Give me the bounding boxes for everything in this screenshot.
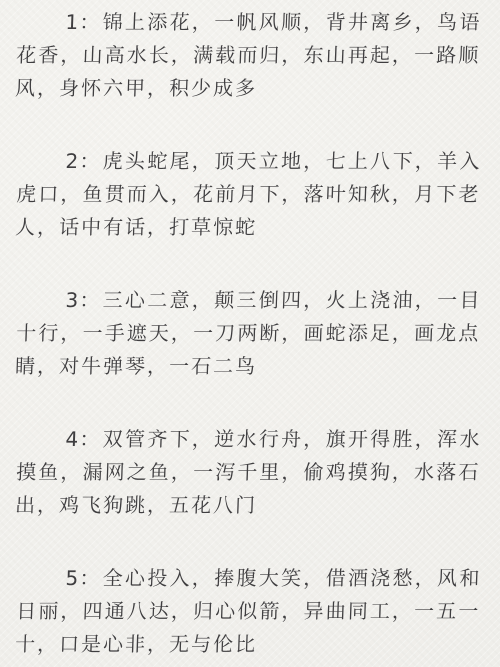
group-number: 2： [65, 149, 103, 173]
idiom: 一手遮天 [82, 321, 171, 345]
group-number: 5： [65, 566, 103, 590]
idiom: 一刀两断 [193, 321, 282, 345]
group-number: 3： [65, 288, 103, 312]
idiom: 身怀六甲 [59, 76, 148, 100]
idiom: 四通八达 [82, 599, 171, 623]
idiom: 落叶知秋 [303, 182, 392, 206]
idiom: 锦上添花 [102, 10, 192, 34]
idiom: 画蛇添足 [303, 321, 392, 345]
idiom-list: 1：锦上添花，一帆风顺，背井离乡，鸟语花香，山高水长，满载而归，东山再起，一路顺… [18, 6, 482, 661]
idiom: 漏网之鱼 [82, 460, 171, 484]
idiom: 口是心非 [59, 632, 148, 656]
idiom: 一泻千里 [193, 460, 282, 484]
idiom: 七上八下 [325, 149, 415, 173]
idiom: 借酒浇愁 [325, 566, 415, 590]
idiom: 双管齐下 [102, 427, 192, 451]
idiom: 五花八门 [169, 493, 258, 517]
idiom: 旗开得胜 [325, 427, 415, 451]
idiom: 鸡飞狗跳 [59, 493, 148, 517]
idiom: 满载而归 [193, 43, 282, 67]
idiom: 捧腹大笑 [214, 566, 304, 590]
idiom: 对牛弹琴 [59, 354, 148, 378]
idiom: 一石二鸟 [169, 354, 258, 378]
idiom: 顶天立地 [214, 149, 304, 173]
idiom: 归心似箭 [193, 599, 282, 623]
idiom: 颠三倒四 [214, 288, 304, 312]
idiom-group-paragraph: 4：双管齐下，逆水行舟，旗开得胜，浑水摸鱼，漏网之鱼，一泻千里，偷鸡摸狗，水落石… [15, 423, 482, 522]
idiom: 逆水行舟 [214, 427, 304, 451]
idiom: 虎头蛇尾 [102, 149, 192, 173]
idiom-group-paragraph: 1：锦上添花，一帆风顺，背井离乡，鸟语花香，山高水长，满载而归，东山再起，一路顺… [15, 6, 482, 105]
idiom: 全心投入 [102, 566, 192, 590]
idiom: 话中有话 [59, 215, 148, 239]
idiom: 山高水长 [82, 43, 171, 67]
idiom: 鱼贯而入 [82, 182, 171, 206]
idiom: 火上浇油 [325, 288, 415, 312]
paper-page: 1：锦上添花，一帆风顺，背井离乡，鸟语花香，山高水长，满载而归，东山再起，一路顺… [0, 0, 500, 667]
idiom-group-paragraph: 3：三心二意，颠三倒四，火上浇油，一目十行，一手遮天，一刀两断，画蛇添足，画龙点… [15, 284, 482, 383]
idiom: 偷鸡摸狗 [303, 460, 392, 484]
idiom: 异曲同工 [303, 599, 392, 623]
idiom: 三心二意 [102, 288, 192, 312]
idiom: 无与伦比 [169, 632, 258, 656]
idiom: 东山再起 [303, 43, 392, 67]
idiom-group-paragraph: 5：全心投入，捧腹大笑，借酒浇愁，风和日丽，四通八达，归心似箭，异曲同工，一五一… [15, 562, 482, 661]
idiom-group-paragraph: 2：虎头蛇尾，顶天立地，七上八下，羊入虎口，鱼贯而入，花前月下，落叶知秋，月下老… [15, 145, 482, 244]
idiom: 打草惊蛇 [169, 215, 258, 239]
group-number: 1： [65, 10, 103, 34]
group-number: 4： [65, 427, 103, 451]
idiom: 一帆风顺 [214, 10, 304, 34]
idiom: 积少成多 [169, 76, 258, 100]
idiom: 花前月下 [193, 182, 282, 206]
idiom: 背井离乡 [325, 10, 415, 34]
